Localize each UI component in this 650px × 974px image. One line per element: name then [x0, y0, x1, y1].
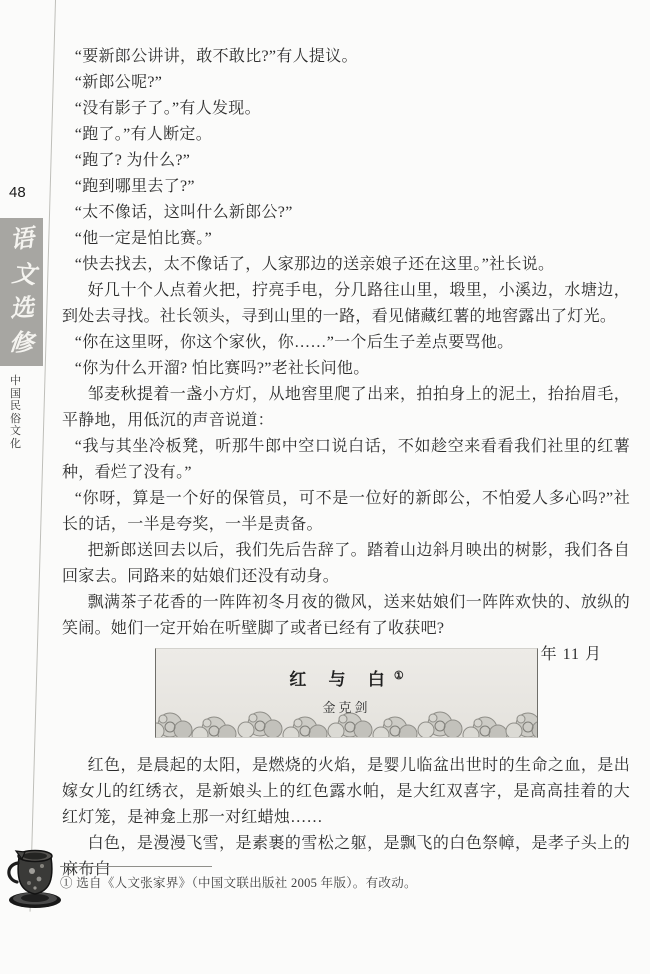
page-number: 48 — [9, 184, 26, 201]
story-paragraph: “快去找去，太不像话了，人家那边的送亲娘子还在这里。”社长说。 — [62, 252, 630, 278]
subtitle-char: 中 — [8, 375, 23, 388]
teapot-illustration — [2, 841, 64, 911]
footnote-divider — [60, 866, 212, 867]
footnote-text: 选自《人文张家界》（中国文联出版社 2005 年版）。有改动。 — [76, 876, 417, 890]
subtitle-char: 俗 — [8, 413, 23, 426]
story-paragraph: “要新郎公讲讲，敢不敢比?”有人提议。 — [62, 44, 630, 70]
footnote-reference: ① — [394, 670, 404, 682]
subtitle-char: 民 — [8, 400, 23, 413]
series-char: 选 — [9, 296, 35, 322]
book-page: 48 语 文 选 修 中 国 民 俗 文 化 “要新郎公讲讲，敢不敢比?”有人提… — [0, 0, 650, 974]
series-title-band: 语 文 选 修 — [0, 218, 43, 366]
story-paragraph: “你呀，算是一个好的保管员，可不是一位好的新郎公，不怕爱人多心吗?”社长的话，一… — [62, 486, 630, 538]
story-paragraph: “跑到哪里去了?” — [62, 174, 630, 200]
story-paragraph: “你为什么开溜? 怕比赛吗?”老社长问他。 — [62, 356, 630, 382]
subtitle-char: 国 — [8, 388, 23, 401]
story-paragraph: “新郎公呢?” — [62, 70, 630, 96]
story-paragraph: 好几十个人点着火把，拧亮手电，分几路往山里，塅里，小溪边，水塘边，到处去寻找。社… — [62, 278, 630, 330]
story-paragraph: “太不像话，这叫什么新郎公?” — [62, 200, 630, 226]
story-paragraph: 飘满茶子花香的一阵阵初冬月夜的微风，送来姑娘们一阵阵欢快的、放纵的笑闹。她们一定… — [62, 590, 630, 642]
subtitle-char: 化 — [8, 438, 23, 451]
story-paragraph: 邹麦秋提着一盏小方灯，从地窖里爬了出来，拍拍身上的泥土，抬抬眉毛，平静地，用低沉… — [62, 382, 630, 434]
essay-paragraph: 红色，是晨起的太阳，是燃烧的火焰，是婴儿临盆出世时的生命之血，是出嫁女儿的红绣衣… — [62, 753, 630, 831]
story-paragraph: 把新郎送回去以后，我们先后告辞了。踏着山边斜月映出的树影，我们各自回家去。同路来… — [62, 538, 630, 590]
cloud-border-decoration — [155, 707, 538, 738]
story-paragraph: “没有影子了。”有人发现。 — [62, 96, 630, 122]
section-title-text: 红 与 白 — [289, 670, 394, 689]
story-paragraph: “跑了。”有人断定。 — [62, 122, 630, 148]
series-char: 修 — [7, 330, 33, 356]
essay-text: 红色，是晨起的太阳，是燃烧的火焰，是婴儿临盆出世时的生命之血，是出嫁女儿的红绣衣… — [62, 753, 630, 883]
footnote: ① 选自《人文张家界》（中国文联出版社 2005 年版）。有改动。 — [60, 875, 605, 892]
section-title-box: 红 与 白① 金克剑 — [155, 648, 538, 738]
series-char: 文 — [10, 262, 36, 288]
story-paragraph: “我与其坐冷板凳，听那牛郎中空口说白话，不如趁空来看看我们社里的红薯种，看烂了没… — [62, 434, 630, 486]
story-paragraph: “你在这里呀，你这个家伙，你……”一个后生子差点要骂他。 — [62, 330, 630, 356]
series-char: 语 — [8, 227, 35, 254]
subtitle-char: 文 — [8, 425, 23, 438]
story-paragraph: “他一定是怕比赛。” — [62, 226, 630, 252]
sidebar-subtitle: 中 国 民 俗 文 化 — [8, 375, 23, 450]
section-title: 红 与 白① — [156, 665, 537, 690]
margin-rule — [30, 0, 56, 912]
story-paragraph: “跑了? 为什么?” — [62, 148, 630, 174]
story-text: “要新郎公讲讲，敢不敢比?”有人提议。 “新郎公呢?” “没有影子了。”有人发现… — [62, 44, 630, 668]
